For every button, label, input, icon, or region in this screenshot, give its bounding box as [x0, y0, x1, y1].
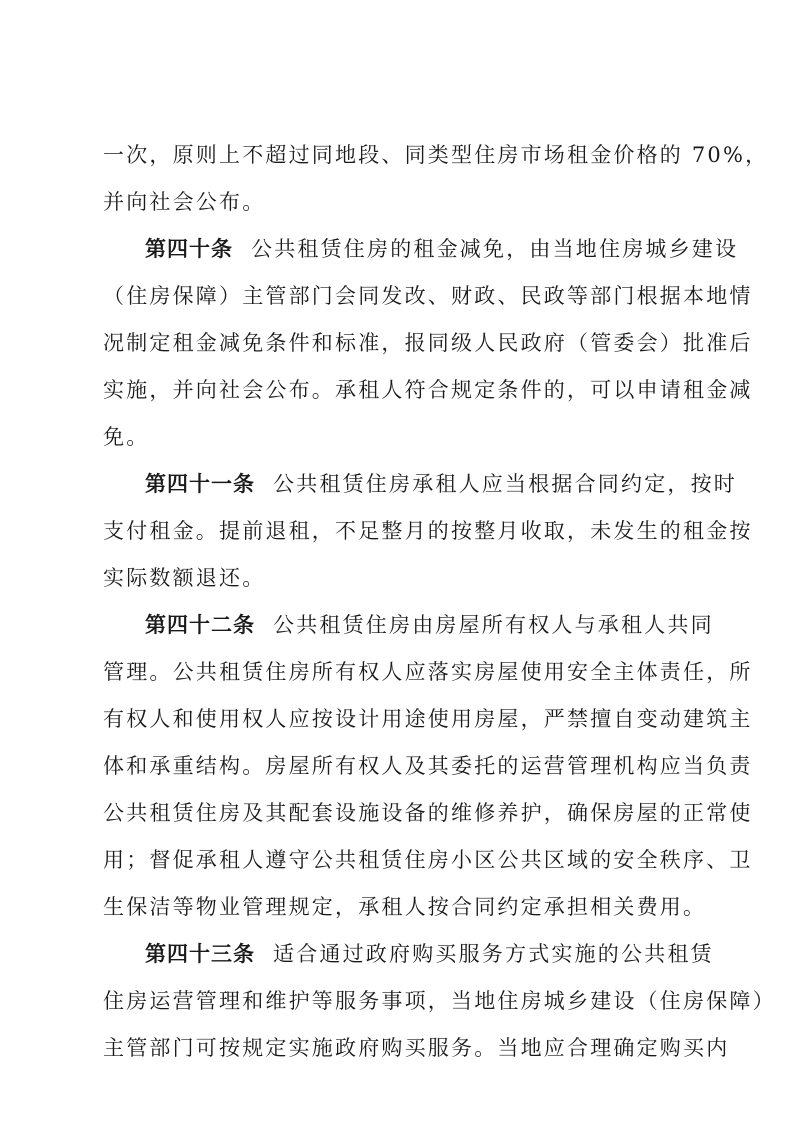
text-line: 住房运营管理和维护等服务事项，当地住房城乡建设（住房保障） [103, 986, 703, 1016]
article-41-line: 第四十一条公共租赁住房承租人应当根据合同约定，按时 [145, 469, 703, 499]
text-line: 体和承重结构。房屋所有权人及其委托的运营管理机构应当负责 [103, 751, 703, 781]
text-line: 一次，原则上不超过同地段、同类型住房市场租金价格的 70%， [103, 140, 703, 170]
article-heading: 第四十二条 [145, 612, 255, 637]
article-heading: 第四十三条 [145, 941, 255, 966]
text-span: 公共租赁住房由房屋所有权人与承租人共同 [273, 613, 714, 637]
article-heading: 第四十条 [145, 236, 233, 261]
text-span: 适合通过政府购买服务方式实施的公共租赁 [273, 942, 714, 966]
text-line: 并向社会公布。 [103, 187, 703, 217]
text-line: 主管部门可按规定实施政府购买服务。当地应合理确定购买内 [103, 1033, 703, 1063]
text-line: 用；督促承租人遵守公共租赁住房小区公共区域的安全秩序、卫 [103, 845, 703, 875]
article-heading: 第四十一条 [145, 471, 255, 496]
text-line: 生保洁等物业管理规定，承租人按合同约定承担相关费用。 [103, 892, 703, 922]
text-line: 管理。公共租赁住房所有权人应落实房屋使用安全主体责任，所 [103, 657, 703, 687]
text-line: 实施，并向社会公布。承租人符合规定条件的，可以申请租金减 [103, 375, 703, 405]
text-line: 公共租赁住房及其配套设施设备的维修养护，确保房屋的正常使 [103, 798, 703, 828]
article-42-line: 第四十二条公共租赁住房由房屋所有权人与承租人共同 [145, 610, 703, 640]
text-line: 免。 [103, 422, 703, 452]
text-line: 实际数额退还。 [103, 563, 703, 593]
text-span: 公共租赁住房的租金减免，由当地住房城乡建设 [251, 237, 738, 261]
article-43-line: 第四十三条适合通过政府购买服务方式实施的公共租赁 [145, 939, 703, 969]
text-line: （住房保障）主管部门会同发改、财政、民政等部门根据本地情 [103, 281, 703, 311]
text-span: 公共租赁住房承租人应当根据合同约定，按时 [273, 472, 737, 496]
text-line: 支付租金。提前退租，不足整月的按整月收取，未发生的租金按 [103, 516, 703, 546]
text-line: 有权人和使用权人应按设计用途使用房屋，严禁擅自变动建筑主 [103, 704, 703, 734]
text-line: 况制定租金减免条件和标准，报同级人民政府（管委会）批准后 [103, 328, 703, 358]
article-40-line: 第四十条公共租赁住房的租金减免，由当地住房城乡建设 [145, 234, 703, 264]
